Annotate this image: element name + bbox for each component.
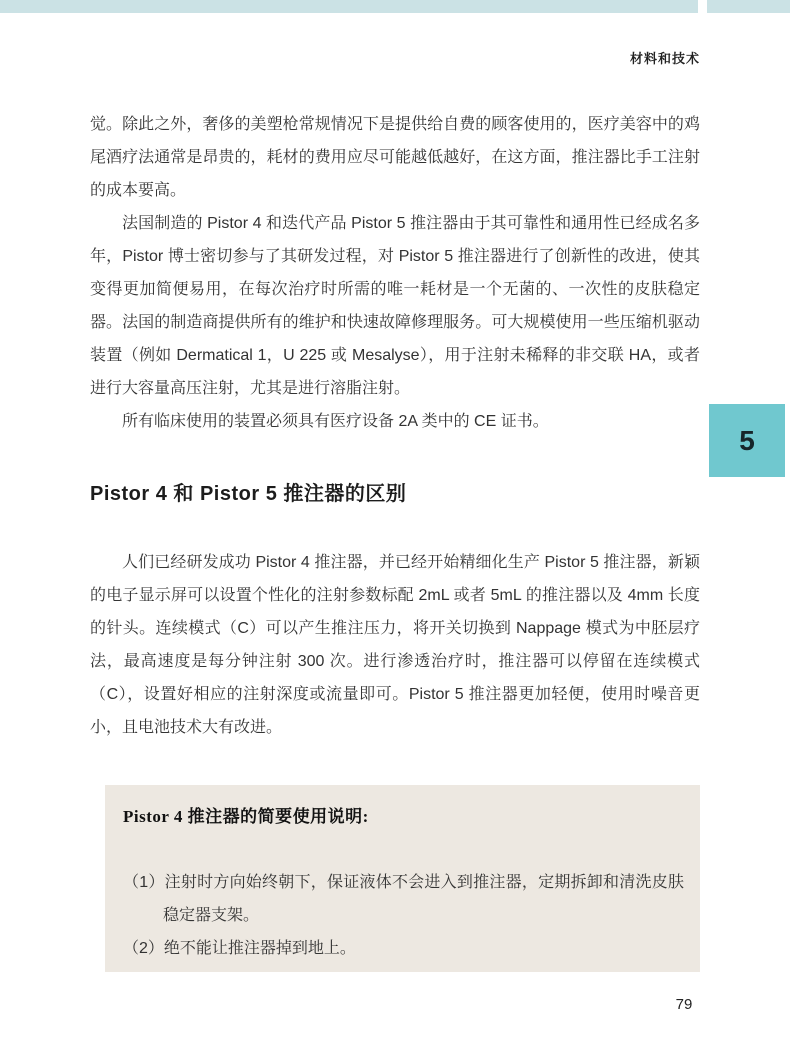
top-bar-left-segment	[0, 0, 698, 13]
info-box-title: Pistor 4 推注器的简要使用说明:	[123, 804, 684, 830]
paragraph-pistor-differences: 人们已经研发成功 Pistor 4 推注器，并已经开始精细化生产 Pistor …	[90, 546, 700, 744]
paragraph-ce-certificate: 所有临床使用的装置必须具有医疗设备 2A 类中的 CE 证书。	[90, 405, 700, 438]
top-bar-right-segment	[707, 0, 790, 13]
running-header: 材料和技术	[630, 48, 700, 67]
info-box-item-1: （1）注射时方向始终朝下，保证液体不会进入到推注器，定期拆卸和清洗皮肤稳定器支架…	[123, 866, 684, 932]
page-number: 79	[664, 996, 704, 1013]
info-box-item-list: （1）注射时方向始终朝下，保证液体不会进入到推注器，定期拆卸和清洗皮肤稳定器支架…	[123, 866, 684, 965]
section-heading: Pistor 4 和 Pistor 5 推注器的区别	[90, 478, 700, 510]
chapter-tab: 5	[709, 404, 785, 477]
paragraph-pistor-history: 法国制造的 Pistor 4 和迭代产品 Pistor 5 推注器由于其可靠性和…	[90, 207, 700, 405]
book-page: 材料和技术 觉。除此之外，奢侈的美塑枪常规情况下是提供给自费的顾客使用的，医疗美…	[0, 0, 790, 1057]
body-text-block: 觉。除此之外，奢侈的美塑枪常规情况下是提供给自费的顾客使用的，医疗美容中的鸡尾酒…	[90, 108, 700, 438]
info-box-item-2: （2）绝不能让推注器掉到地上。	[123, 932, 684, 965]
chapter-number: 5	[739, 425, 755, 457]
paragraph-cost: 觉。除此之外，奢侈的美塑枪常规情况下是提供给自费的顾客使用的，医疗美容中的鸡尾酒…	[90, 108, 700, 207]
info-box: Pistor 4 推注器的简要使用说明: （1）注射时方向始终朝下，保证液体不会…	[105, 785, 700, 972]
